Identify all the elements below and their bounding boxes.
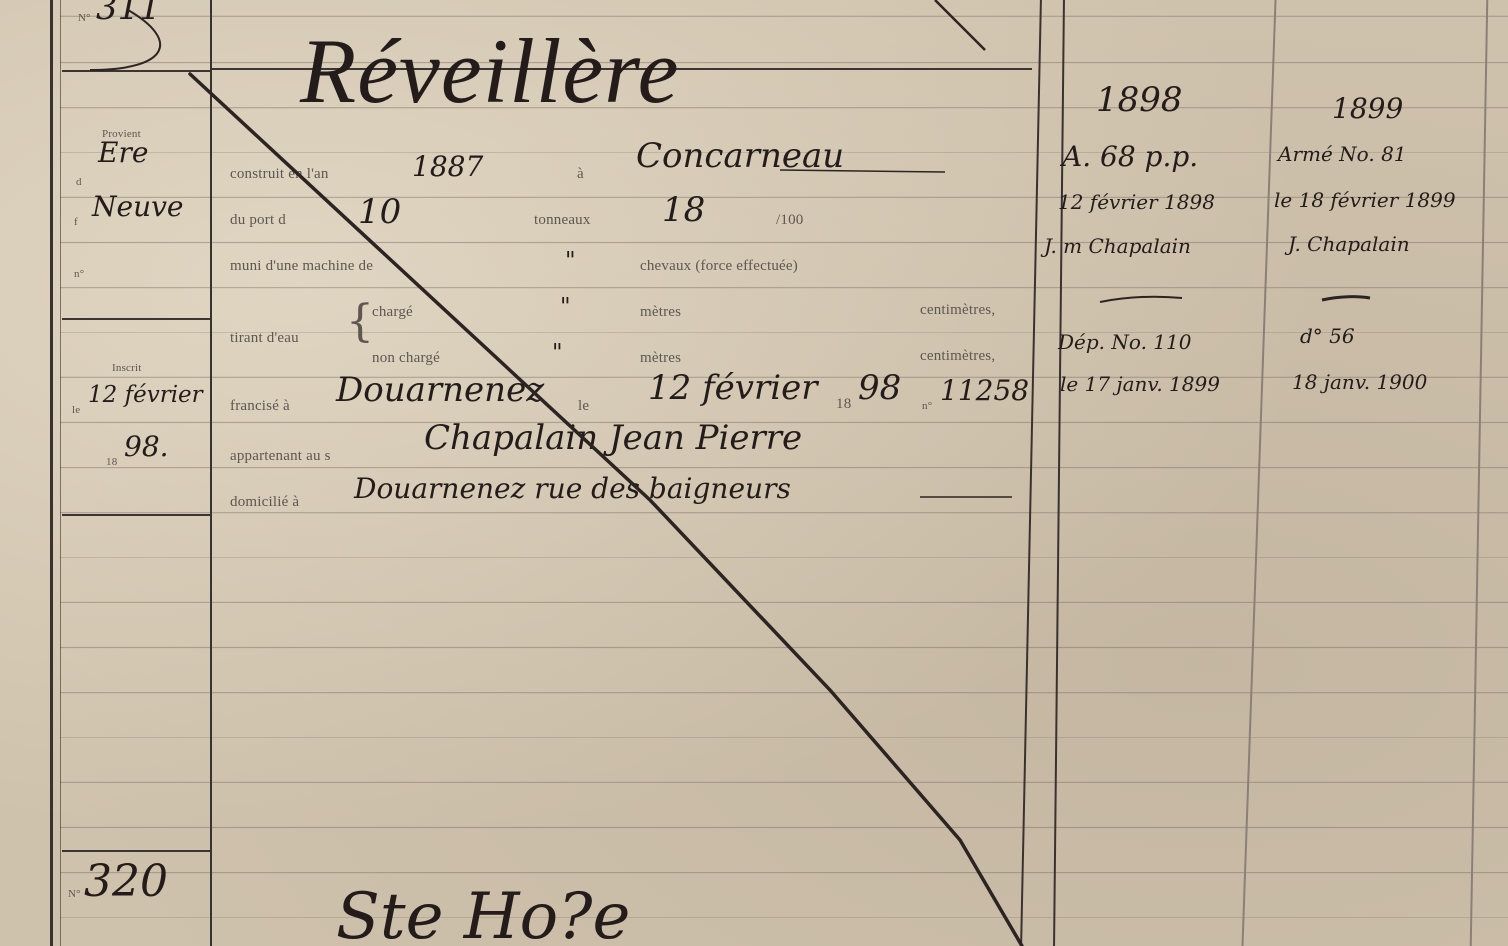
cancellation-strike-overlay [0,0,1508,946]
register-page: N° 311 Provient Ere d f Neuve n° Inscrit… [0,0,1508,946]
